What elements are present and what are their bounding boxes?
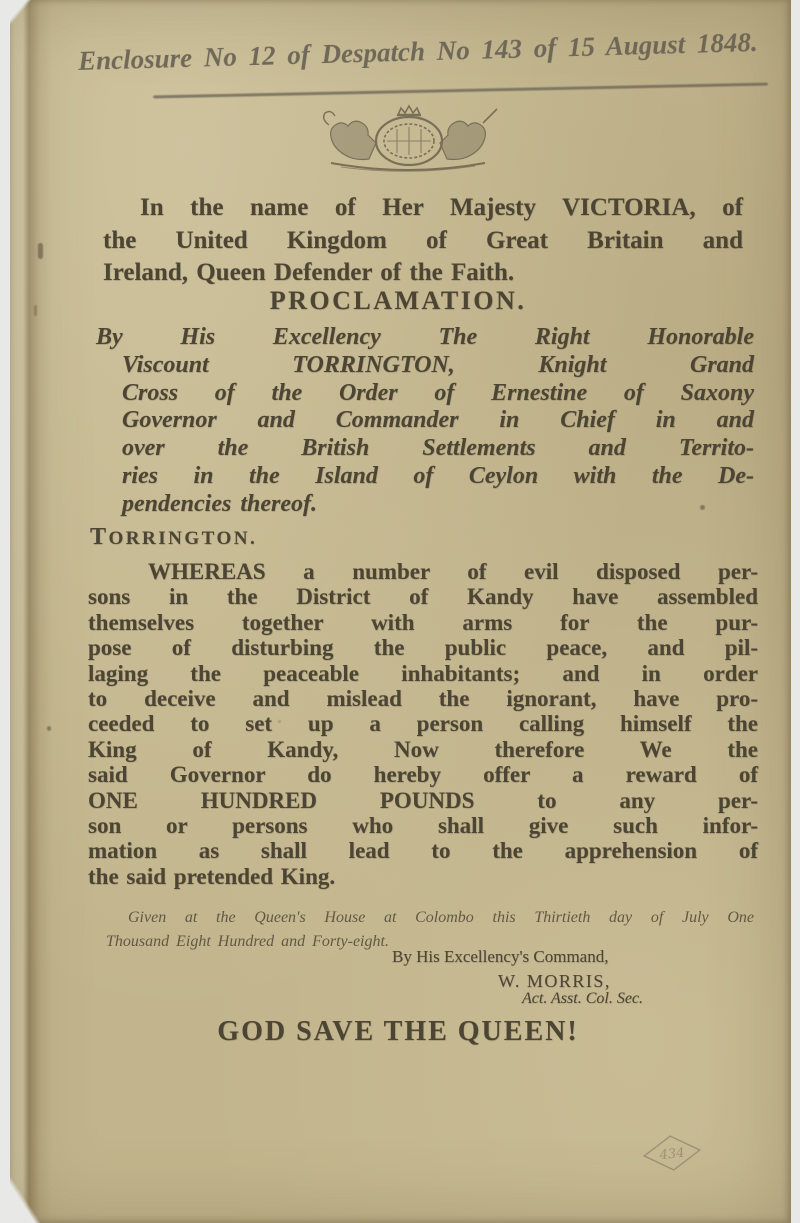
stamp-number: 434 xyxy=(658,1146,685,1164)
preamble-line: In the name of Her Majesty VICTORIA, of xyxy=(103,192,743,225)
royal-coat-of-arms-icon xyxy=(297,101,519,175)
preamble-line: Ireland, Queen Defender of the Faith. xyxy=(103,257,743,290)
dateline-line: Given at the Queen's House at Colombo th… xyxy=(106,906,754,930)
authority-line: ries in the Island of Ceylon with the De… xyxy=(122,463,754,491)
handwritten-underline xyxy=(153,83,768,99)
ink-speck xyxy=(34,305,37,316)
closing-line: GOD SAVE THE QUEEN! xyxy=(88,1016,708,1048)
authority-line: Viscount TORRINGTON, Knight Grand xyxy=(122,352,754,380)
signatory-name: W. MORRIS, xyxy=(498,971,611,992)
command-line: By His Excellency's Command, xyxy=(392,947,608,967)
ink-speck xyxy=(278,720,281,723)
ink-speck xyxy=(700,505,705,510)
preamble: In the name of Her Majesty VICTORIA, of … xyxy=(103,192,743,290)
ink-speck xyxy=(47,726,51,731)
body-line: the said pretended King. xyxy=(88,864,758,889)
body-line: mation as shall lead to the apprehension… xyxy=(88,838,758,863)
body-line: son or persons who shall give such infor… xyxy=(88,813,758,838)
signatory-title: Act. Asst. Col. Sec. xyxy=(522,990,643,1008)
paper-corner-top-left xyxy=(10,0,32,26)
archive-stamp: 434 xyxy=(638,1130,706,1176)
handwritten-annotation: Enclosure No 12 of Despatch No 143 of 15… xyxy=(78,26,791,77)
body-line: WHEREAS a number of evil disposed per- xyxy=(88,559,758,584)
body-line: themselves together with arms for the pu… xyxy=(88,610,758,635)
authority-line: Governor and Commander in Chief in and xyxy=(122,407,754,435)
ink-speck xyxy=(38,243,43,259)
body-line: ceeded to set up a person calling himsel… xyxy=(88,711,758,736)
body-line: said Governor do hereby offer a reward o… xyxy=(88,762,758,787)
authority-line: pendencies thereof. xyxy=(122,491,754,519)
authority-line: By His Excellency The Right Honorable xyxy=(96,324,754,352)
body-line: pose of disturbing the public peace, and… xyxy=(88,635,758,660)
paper-corner-bottom-left xyxy=(10,1177,40,1223)
body-line: to deceive and mislead the ignorant, hav… xyxy=(88,686,758,711)
proclaimer-name: TORRINGTON. xyxy=(90,524,257,551)
authority-statement: By His Excellency The Right Honorable Vi… xyxy=(96,324,754,519)
body-line: sons in the District of Kandy have assem… xyxy=(88,584,758,609)
authority-line: Cross of the Order of Ernestine of Saxon… xyxy=(122,380,754,408)
proclamation-document: Enclosure No 12 of Despatch No 143 of 15… xyxy=(10,0,791,1223)
body-line: King of Kandy, Now therefore We the xyxy=(88,737,758,762)
preamble-line: the United Kingdom of Great Britain and xyxy=(103,225,743,258)
authority-line: over the British Settlements and Territo… xyxy=(122,435,754,463)
scan-background: Enclosure No 12 of Despatch No 143 of 15… xyxy=(0,0,800,1223)
body-line: ONE HUNDRED POUNDS to any per- xyxy=(88,788,758,813)
page-title: PROCLAMATION. xyxy=(88,286,708,316)
proclamation-body: WHEREAS a number of evil disposed per- s… xyxy=(88,559,758,889)
body-line: laging the peaceable inhabitants; and in… xyxy=(88,661,758,686)
